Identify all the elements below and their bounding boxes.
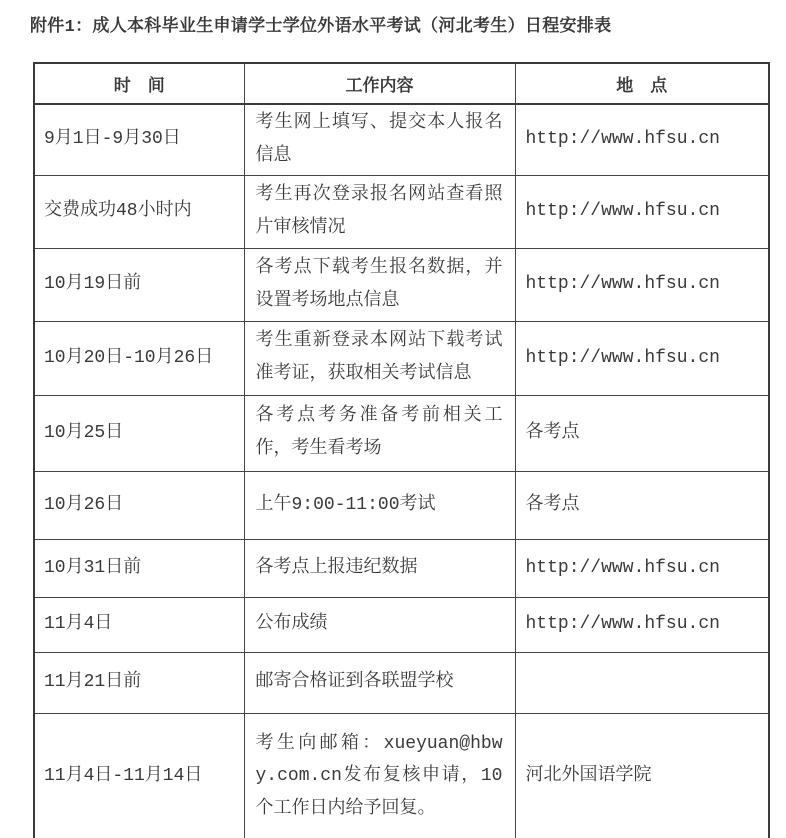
task-cell: 各考点上报违纪数据 — [244, 539, 515, 597]
header-task: 工作内容 — [244, 63, 515, 104]
table-row: 11月4日-11月14日 考生向邮箱：xueyuan@hbwy.com.cn发布… — [34, 713, 769, 838]
time-cell: 11月4日-11月14日 — [34, 713, 244, 838]
table-row: 10月25日 各考点考务准备考前相关工作，考生看考场 各考点 — [34, 395, 769, 471]
table-header-row: 时 间 工作内容 地 点 — [34, 63, 769, 104]
task-cell: 各考点下载考生报名数据，并设置考场地点信息 — [244, 248, 515, 321]
location-cell: http://www.hfsu.cn — [515, 597, 769, 652]
location-cell: 各考点 — [515, 395, 769, 471]
table-row: 10月26日 上午9:00-11:00考试 各考点 — [34, 471, 769, 539]
task-cell: 考生网上填写、提交本人报名信息 — [244, 104, 515, 175]
time-cell: 11月4日 — [34, 597, 244, 652]
location-cell: http://www.hfsu.cn — [515, 248, 769, 321]
task-cell: 考生重新登录本网站下载考试准考证，获取相关考试信息 — [244, 321, 515, 395]
location-cell — [515, 652, 769, 713]
schedule-table: 时 间 工作内容 地 点 9月1日-9月30日 考生网上填写、提交本人报名信息 … — [33, 62, 770, 838]
location-cell: 各考点 — [515, 471, 769, 539]
location-cell: http://www.hfsu.cn — [515, 104, 769, 175]
time-cell: 10月20日-10月26日 — [34, 321, 244, 395]
header-location: 地 点 — [515, 63, 769, 104]
time-cell: 10月25日 — [34, 395, 244, 471]
table-row: 交费成功48小时内 考生再次登录报名网站查看照片审核情况 http://www.… — [34, 175, 769, 248]
location-cell: http://www.hfsu.cn — [515, 175, 769, 248]
table-row: 10月19日前 各考点下载考生报名数据，并设置考场地点信息 http://www… — [34, 248, 769, 321]
time-cell: 10月19日前 — [34, 248, 244, 321]
time-cell: 10月31日前 — [34, 539, 244, 597]
task-cell: 考生向邮箱：xueyuan@hbwy.com.cn发布复核申请，10个工作日内给… — [244, 713, 515, 838]
table-row: 10月31日前 各考点上报违纪数据 http://www.hfsu.cn — [34, 539, 769, 597]
task-cell: 公布成绩 — [244, 597, 515, 652]
header-time: 时 间 — [34, 63, 244, 104]
table-row: 10月20日-10月26日 考生重新登录本网站下载考试准考证，获取相关考试信息 … — [34, 321, 769, 395]
table-row: 11月21日前 邮寄合格证到各联盟学校 — [34, 652, 769, 713]
time-cell: 10月26日 — [34, 471, 244, 539]
table-row: 11月4日 公布成绩 http://www.hfsu.cn — [34, 597, 769, 652]
task-cell: 邮寄合格证到各联盟学校 — [244, 652, 515, 713]
location-cell: http://www.hfsu.cn — [515, 539, 769, 597]
task-cell: 考生再次登录报名网站查看照片审核情况 — [244, 175, 515, 248]
task-cell: 各考点考务准备考前相关工作，考生看考场 — [244, 395, 515, 471]
time-cell: 交费成功48小时内 — [34, 175, 244, 248]
time-cell: 9月1日-9月30日 — [34, 104, 244, 175]
location-cell: 河北外国语学院 — [515, 713, 769, 838]
location-cell: http://www.hfsu.cn — [515, 321, 769, 395]
task-cell: 上午9:00-11:00考试 — [244, 471, 515, 539]
time-cell: 11月21日前 — [34, 652, 244, 713]
page-title: 附件1：成人本科毕业生申请学士学位外语水平考试（河北考生）日程安排表 — [30, 11, 611, 37]
table-row: 9月1日-9月30日 考生网上填写、提交本人报名信息 http://www.hf… — [34, 104, 769, 175]
